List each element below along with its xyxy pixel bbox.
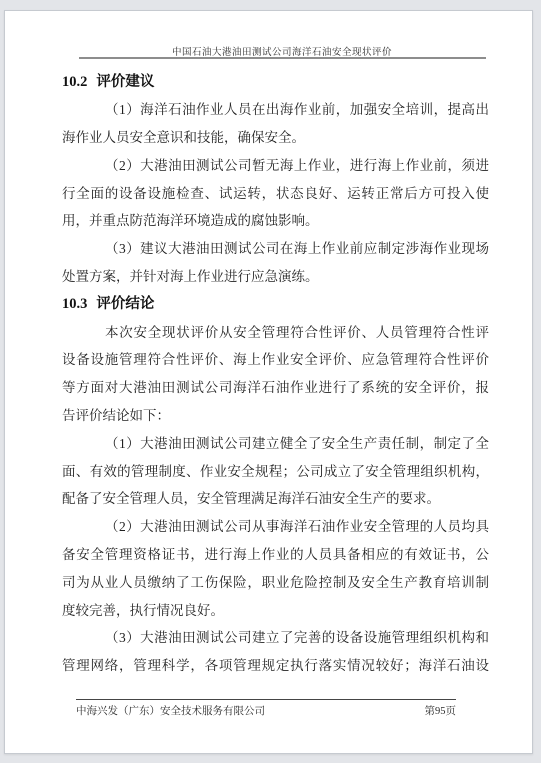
- body-line: （1）海洋石油作业人员在出海作业前，加强安全培训，提高出: [62, 96, 489, 124]
- body-line: 度较完善，执行情况良好。: [62, 597, 489, 625]
- body-line: （3）大港油田测试公司建立了完善的设备设施管理组织机构和: [62, 624, 489, 652]
- body-line: 配备了安全管理人员，安全管理满足海洋石油安全生产的要求。: [62, 485, 489, 513]
- heading-title: 评价结论: [96, 296, 154, 312]
- body-line: 管理网络，管理科学，各项管理规定执行落实情况较好；海洋石油设: [62, 652, 489, 680]
- body-line: 用，并重点防范海洋环境造成的腐蚀影响。: [62, 207, 489, 235]
- body-line: 本次安全现状评价从安全管理符合性评价、人员管理符合性评价、: [62, 319, 489, 347]
- body-line: 告评价结论如下：: [62, 402, 489, 430]
- section-heading-10-2: 10.2评价建议: [62, 69, 489, 97]
- body-line: 海作业人员安全意识和技能，确保安全。: [62, 124, 489, 152]
- document-page: 中国石油大港油田测试公司海洋石油安全现状评价 10.2评价建议 （1）海洋石油作…: [4, 10, 533, 754]
- body-line: 司为从业人员缴纳了工伤保险，职业危险控制及安全生产教育培训制: [62, 569, 489, 597]
- header-rule: [79, 57, 486, 59]
- footer-page-number: 第95页: [425, 705, 457, 718]
- body-line: 处置方案，并针对海上作业进行应急演练。: [62, 263, 489, 291]
- document-body: 10.2评价建议 （1）海洋石油作业人员在出海作业前，加强安全培训，提高出 海作…: [62, 69, 489, 681]
- viewer-background: 中国石油大港油田测试公司海洋石油安全现状评价 10.2评价建议 （1）海洋石油作…: [0, 0, 541, 763]
- body-line: （1）大港油田测试公司建立健全了安全生产责任制，制定了全: [62, 430, 489, 458]
- body-line: （2）大港油田测试公司暂无海上作业，进行海上作业前，须进: [62, 152, 489, 180]
- body-line: 等方面对大港油田测试公司海洋石油作业进行了系统的安全评价，报: [62, 374, 489, 402]
- body-line: 备安全管理资格证书，进行海上作业的人员具备相应的有效证书，公: [62, 541, 489, 569]
- body-line: 设备设施管理符合性评价、海上作业安全评价、应急管理符合性评价: [62, 346, 489, 374]
- section-heading-10-3: 10.3评价结论: [62, 291, 489, 319]
- body-line: （2）大港油田测试公司从事海洋石油作业安全管理的人员均具: [62, 513, 489, 541]
- heading-title: 评价建议: [96, 74, 154, 90]
- body-line: （3）建议大港油田测试公司在海上作业前应制定涉海作业现场: [62, 235, 489, 263]
- heading-number: 10.3: [62, 296, 87, 312]
- body-line: 行全面的设备设施检查、试运转，状态良好、运转正常后方可投入使: [62, 180, 489, 208]
- page-footer: 中海兴发（广东）安全技术服务有限公司 第95页: [76, 699, 456, 718]
- body-line: 面、有效的管理制度、作业安全规程；公司成立了安全管理组织机构，: [62, 458, 489, 486]
- footer-company: 中海兴发（广东）安全技术服务有限公司: [76, 705, 265, 718]
- heading-number: 10.2: [62, 74, 87, 90]
